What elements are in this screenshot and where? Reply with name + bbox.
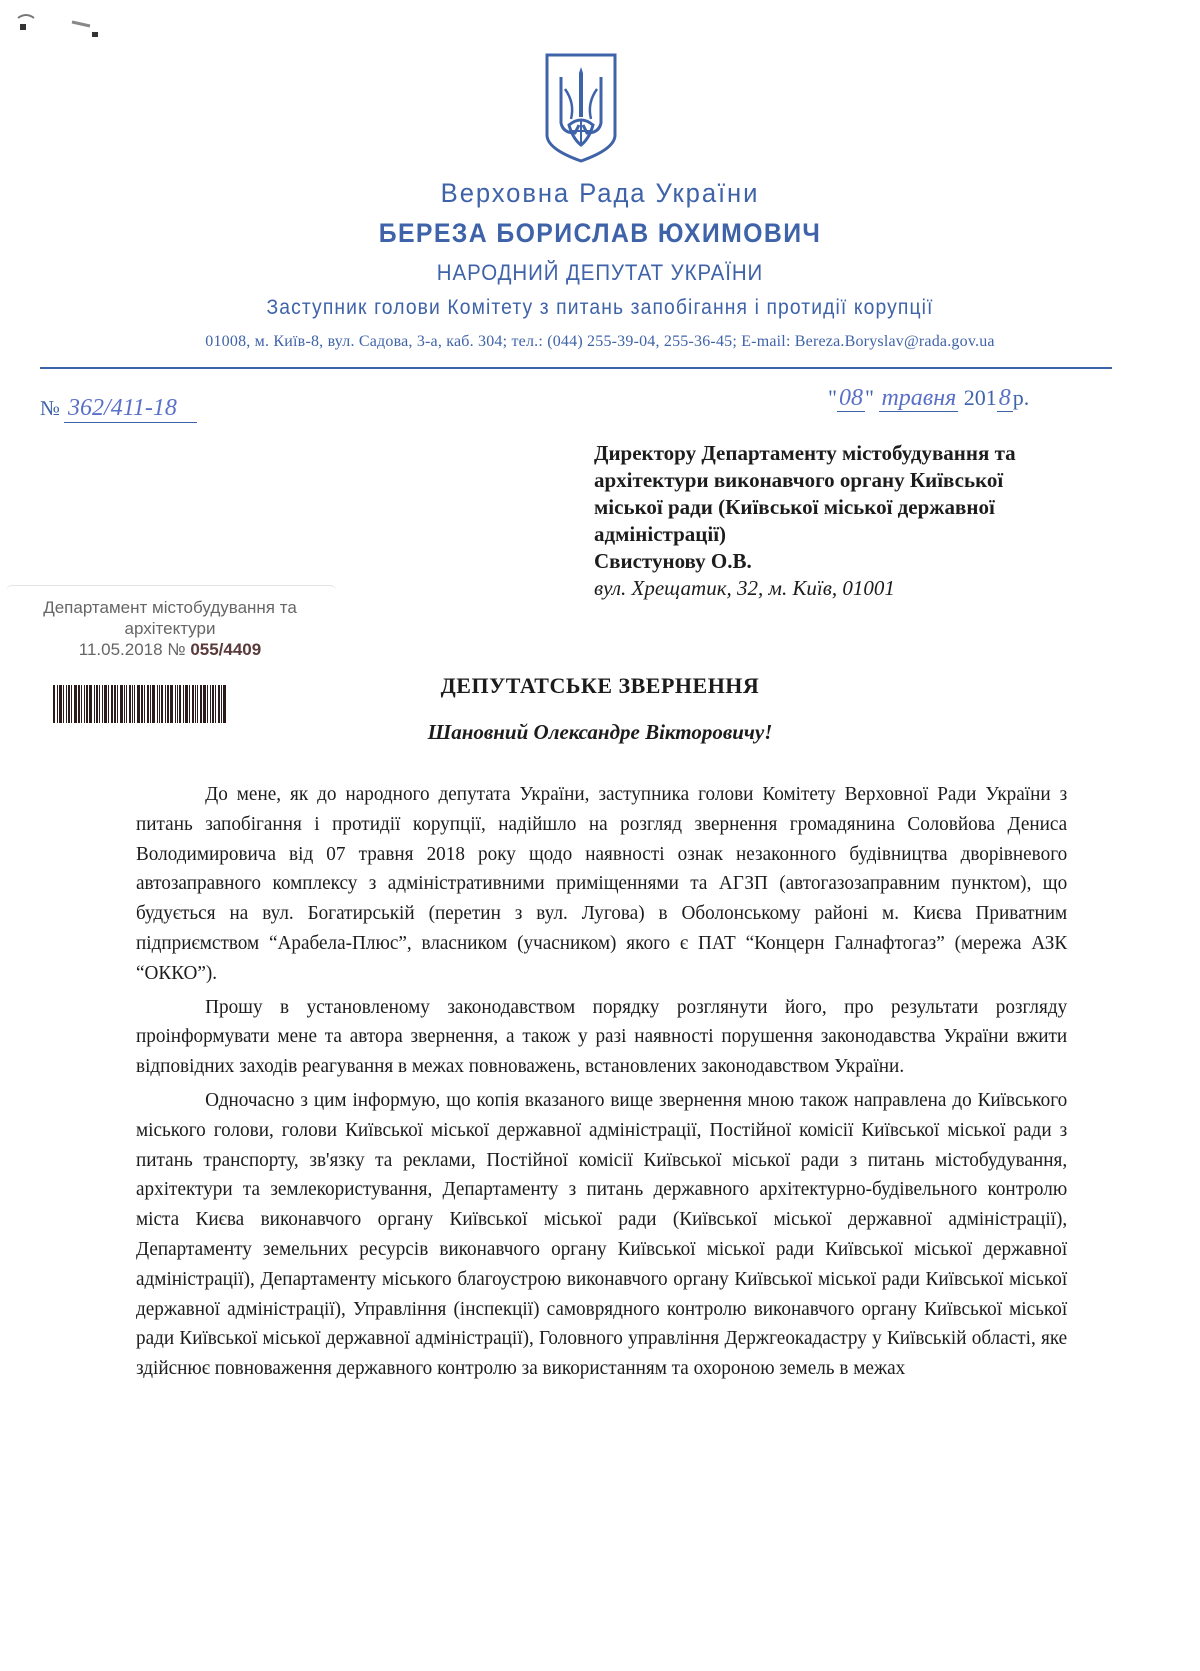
addressee-line: адміністрації) [594,521,1114,548]
deputy-position: Заступник голови Комітету з питань запоб… [48,296,1152,320]
stamp-date: 11.05.2018 [79,640,163,659]
addressee-line: архітектури виконавчого органу Київської [594,467,1114,494]
year-prefix: 201 [964,385,997,410]
number-label: № [40,396,60,420]
body-paragraph: Прошу в установленому законодавством пор… [136,993,1067,1082]
addressee-block: Директору Департаменту містобудування та… [594,440,1114,602]
stamp-reg-line: 11.05.2018 № 055/4409 [0,639,340,660]
body-paragraph: До мене, як до народного депутата Україн… [136,780,1067,989]
addressee-name: Свистунову О.В. [594,548,1114,575]
handwritten-month: травня [879,385,958,412]
handwritten-day: 08 [837,385,865,412]
addressee-line: Директору Департаменту містобудування та [594,440,1114,467]
outgoing-date: "08" травня 2018р. [828,385,1029,412]
year-end: р. [1013,385,1030,410]
parliament-name: Верховна Рада України [30,178,1170,209]
handwritten-year-digit: 8 [997,385,1013,412]
stamp-number: 055/4409 [190,640,261,659]
handwritten-number: 362/411-18 [64,395,197,423]
contact-info: 01008, м. Київ-8, вул. Садова, 3-а, каб.… [0,333,1200,351]
stamp-number-label: № [167,640,185,659]
salutation: Шановний Олександре Вікторовичу! [0,720,1200,745]
stamp-department-cont: архітектури [0,618,340,639]
letter-body: До мене, як до народного депутата Україн… [136,780,1067,1388]
quote-open: " [828,385,837,410]
outgoing-number: №362/411-18 [40,395,197,423]
addressee-address: вул. Хрещатик, 32, м. Київ, 01001 [594,575,1114,602]
letterhead-divider [40,367,1112,369]
body-paragraph: Одночасно з цим інформую, що копія вказа… [136,1086,1067,1384]
deputy-title: НАРОДНИЙ ДЕПУТАТ УКРАЇНИ [42,260,1158,286]
registration-stamp: Департамент містобудування та архітектур… [0,597,340,660]
quote-close: " [865,385,874,410]
deputy-name: БЕРЕЗА БОРИСЛАВ ЮХИМОВИЧ [48,218,1152,249]
trident-coat-of-arms-icon [545,53,617,163]
staple-mark-icon [12,8,102,38]
addressee-line: міської ради (Київської міської державно… [594,494,1114,521]
document-title: ДЕПУТАТСЬКЕ ЗВЕРНЕННЯ [0,673,1200,699]
stamp-department: Департамент містобудування та [0,597,340,618]
